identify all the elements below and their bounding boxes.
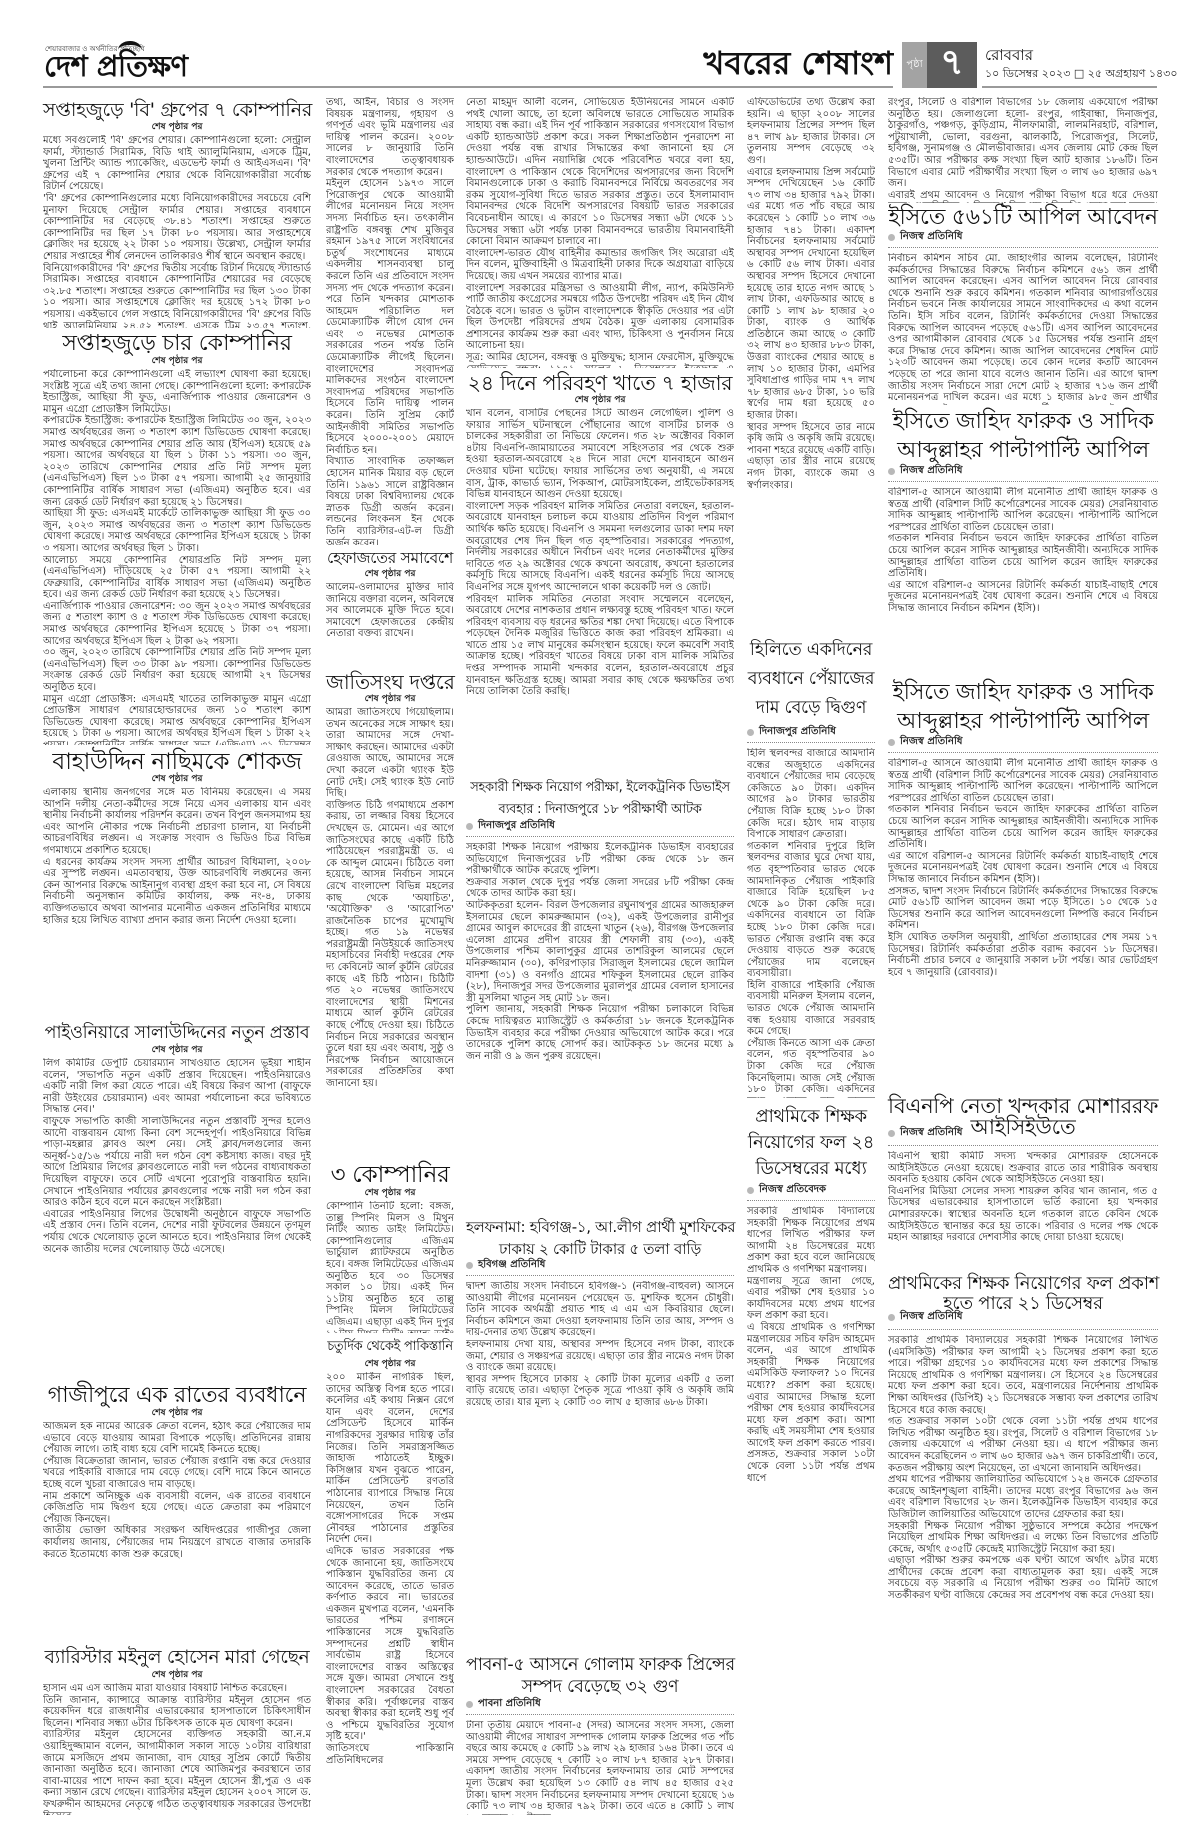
headline: চতুর্দিক থেকেই পাকিস্তানি — [326, 1335, 454, 1359]
headline: ২৪ দিনে পরিবহণ খাতে ৭ হাজার — [466, 370, 734, 396]
page-label: পৃষ্ঠা — [902, 42, 927, 88]
article-body: হাসান এম এস আজিম মারা যাওয়ার বিষয়টি নি… — [43, 1683, 311, 1815]
article-body: আমরা জাতিসংঘে গিয়েছিলাম। তখন অনেকের সঙ্… — [326, 707, 454, 1160]
byline-text: নিজস্ব প্রতিবেদক — [759, 1184, 826, 1196]
byline: পাবনা প্রতিনিধি — [466, 1698, 541, 1710]
byline-text: নিজস্ব প্রতিনিধি — [900, 1127, 962, 1139]
headline: হেফাজতের সমাবেশে — [326, 547, 454, 569]
date-line: ১০ ডিসেম্বর ২০২৩ □ ২৫ অগ্রহায়ণ ১৪৩০ — [985, 67, 1177, 81]
section-title: খবরের শেষাংশ — [690, 44, 893, 82]
article-body: বিএনপি স্থায়ী কমিটি সদস্য খন্দকার মোশার… — [888, 1151, 1158, 1267]
dotted-divider — [888, 481, 1158, 482]
headline: ইসিতে ৫৬১টি আপিল আবেদন — [888, 205, 1158, 231]
dotted-divider — [888, 1145, 1158, 1146]
byline-text: নিজস্ব প্রতিনিধি — [900, 1311, 962, 1323]
bullet-icon — [466, 1262, 473, 1269]
bullet-icon — [747, 1187, 754, 1194]
headline: জাতিসংঘ দপ্তরে — [326, 669, 454, 695]
continued-from-label: শেষ পৃষ্ঠার পর — [43, 1045, 311, 1056]
page-number: ৭ — [927, 42, 977, 88]
headline: ইসিতে জাহিদ ফারুক ও সাদিক আব্দুল্লাহর পা… — [888, 407, 1158, 465]
headline: গাজীপুরে এক রাতের ব্যবধানে — [43, 1383, 311, 1409]
byline-text: দিনাজপুর প্রতিনিধি — [759, 726, 836, 738]
continued-from-label: শেষ পৃষ্ঠার পর — [326, 569, 454, 580]
article-body: খান বলেন, বাসটির পেছনের সিটে আগুন লেগেছি… — [466, 408, 734, 776]
continued-from-label: শেষ পৃষ্ঠার পর — [466, 395, 734, 406]
masthead-rule — [43, 86, 893, 88]
headline: প্রাথমিকে শিক্ষক নিয়োগের ফল ২৪ ডিসেম্বর… — [747, 1104, 875, 1182]
byline-text: হবিগঞ্জ প্রতিনিধি — [478, 1259, 545, 1271]
article-body: আলেম-ওলামাদের মুক্তির দাবি জানিয়ে বক্তা… — [326, 582, 454, 668]
continued-from-label: শেষ পৃষ্ঠার পর — [326, 1359, 454, 1370]
headline: সহকারী শিক্ষক নিয়োগ পরীক্ষা, ইলেকট্রনিক… — [466, 777, 734, 821]
byline: নিজস্ব প্রতিনিধি — [888, 465, 962, 477]
bullet-icon — [888, 234, 895, 241]
newspaper-logo: দেশ প্রতিক্ষণ — [44, 51, 244, 81]
headline: সপ্তাহজুড়ে 'বি' গ্রুপের ৭ কোম্পানির — [43, 97, 311, 123]
article-body: টানা তৃতীয় মেয়াদে পাবনা-৫ (সদর) আসনের … — [466, 1720, 734, 1815]
bullet-icon — [747, 729, 754, 736]
byline: নিজস্ব প্রতিবেদক — [747, 1184, 826, 1196]
byline-text: দিনাজপুর প্রতিনিধি — [478, 820, 555, 832]
byline: হবিগঞ্জ প্রতিনিধি — [466, 1259, 545, 1271]
article-body: লিগ কমিটির ডেপুটি চেয়ারম্যান সাখওয়াত হ… — [43, 1058, 311, 1380]
weekday: রোববার — [985, 46, 1033, 64]
article-body: সহকারী শিক্ষক নিয়োগ পরীক্ষায় ইলেকট্রনি… — [466, 842, 734, 1208]
headline: প্রাথমিকের শিক্ষক নিয়োগের ফল প্রকাশ হতে… — [888, 1274, 1158, 1314]
article-body: তথ্য, আইন, বিচার ও সংসদ বিষয়ক মন্ত্রণাল… — [326, 97, 454, 545]
article-body: বরিশাল-৫ আসনে আওয়ামী লীগ মনোনীত প্রার্থ… — [888, 758, 1158, 1093]
date-rule — [982, 86, 1157, 88]
article-body: আজমল হক নামের আরেক ক্রেতা বলেন, হঠাৎ করে… — [43, 1421, 311, 1643]
byline-text: পাবনা প্রতিনিধি — [478, 1698, 541, 1710]
article-body: মধ্যে সবগুলোই 'বি' গ্রুপের শেয়ার। কোম্প… — [43, 135, 311, 328]
bullet-icon — [888, 739, 895, 746]
article-body: কোম্পানি তিনটি হলো: বঙ্গজ, তাল্লু স্পিনি… — [326, 1201, 454, 1333]
article-body: রংপুর, সিলেট ও বরিশাল বিভাগের ১৮ জেলায় … — [888, 97, 1158, 203]
article-body: হিলি স্থলবন্দর বাজারে আমদানি বন্ধের অজুহ… — [747, 748, 875, 1098]
newspaper-page: শেয়ারবাজার ও অর্থনীতির প্রতিচ্ছবি দেশ প… — [0, 0, 1200, 1843]
byline: দিনাজপুর প্রতিনিধি — [466, 820, 555, 832]
headline: সপ্তাহজুড়ে চার কোম্পানির — [43, 331, 311, 357]
bullet-icon — [466, 1701, 473, 1708]
byline: নিজস্ব প্রতিনিধি — [888, 1127, 962, 1139]
continued-from-label: শেষ পৃষ্ঠার পর — [43, 1408, 311, 1419]
article-body: এলাকায় স্থানীয় জনগণের সঙ্গে মত বিনিময়… — [43, 787, 311, 1017]
bullet-icon — [466, 823, 473, 830]
bullet-icon — [888, 468, 895, 475]
byline: নিজস্ব প্রতিনিধি — [888, 231, 962, 243]
bullet-icon — [888, 1314, 895, 1321]
headline: পাবনা-৫ আসনে গোলাম ফারুক প্রিন্সের সম্পদ… — [466, 1654, 734, 1698]
dotted-divider — [747, 742, 875, 743]
article-body: নেতা মাহমুদ আলী বলেন, সোভিয়েত ইউনিয়নের… — [466, 97, 734, 368]
headline: হলফনামা: হবিগঞ্জ-১, আ.লীগ প্রার্থী মুশফি… — [466, 1216, 734, 1260]
byline-text: নিজস্ব প্রতিনিধি — [900, 465, 962, 477]
dotted-divider — [466, 1275, 734, 1276]
byline: দিনাজপুর প্রতিনিধি — [747, 726, 836, 738]
continued-from-label: শেষ পৃষ্ঠার পর — [326, 1188, 454, 1199]
continued-from-label: শেষ পৃষ্ঠার পর — [43, 1670, 311, 1681]
dotted-divider — [466, 1714, 734, 1715]
article-body: এফিডেভিটের তথ্য উল্লেখ করা হয়নি। এ ছাড়… — [747, 97, 875, 633]
article-body: পর্যালোচনা করে কোম্পানিগুলো এই লভ্যাংশ ঘ… — [43, 369, 311, 745]
byline: নিজস্ব প্রতিনিধি — [888, 1311, 962, 1323]
dotted-divider — [888, 752, 1158, 753]
byline-text: নিজস্ব প্রতিনিধি — [900, 231, 962, 243]
headline: পাইওনিয়ারে সালাউদ্দিনের নতুন প্রস্তাব — [43, 1020, 311, 1046]
headline: ব্যারিস্টার মইনুল হোসেন মারা গেছেন — [43, 1645, 311, 1671]
dotted-divider — [888, 247, 1158, 248]
byline: নিজস্ব প্রতিনিধি — [888, 736, 962, 748]
dotted-divider — [747, 1200, 875, 1201]
headline: বাহাউদ্দিন নাছিমকে শোকজ — [43, 749, 311, 775]
headline: হিলিতে একদিনের ব্যবধানে পেঁয়াজের দাম বে… — [747, 636, 875, 723]
article-body: দ্বাদশ জাতীয় সংসদ নির্বাচনে হবিগঞ্জ-১ (… — [466, 1281, 734, 1651]
article-body: নির্বাচন কমিশন সচিব মো. জাহাংগীর আলম বলে… — [888, 253, 1158, 405]
continued-from-label: শেষ পৃষ্ঠার পর — [326, 694, 454, 705]
article-body: সরকারি প্রাথমিক বিদ্যালয়ে সহকারী শিক্ষক… — [747, 1206, 875, 1815]
byline-text: নিজস্ব প্রতিনিধি — [900, 736, 962, 748]
headline: ৩ কোম্পানির — [326, 1162, 454, 1188]
continued-from-label: শেষ পৃষ্ঠার পর — [43, 774, 311, 785]
dotted-divider — [466, 836, 734, 837]
headline: ইসিতে জাহিদ ফারুক ও সাদিক আব্দুল্লাহর পা… — [888, 678, 1158, 736]
bullet-icon — [888, 1130, 895, 1137]
dotted-divider — [888, 1329, 1158, 1330]
continued-from-label: শেষ পৃষ্ঠার পর — [43, 356, 311, 367]
article-body: ২০০ মার্কিন নাগরিক ছিল, তাদের অস্তিত্ব ব… — [326, 1372, 454, 1815]
continued-from-label: শেষ পৃষ্ঠার পর — [43, 122, 311, 133]
article-body: সরকারি প্রাথমিক বিদ্যালয়ের সহকারী শিক্ষ… — [888, 1335, 1158, 1815]
article-body: বরিশাল-৫ আসনে আওয়ামী লীগ মনোনীত প্রার্থ… — [888, 487, 1158, 677]
